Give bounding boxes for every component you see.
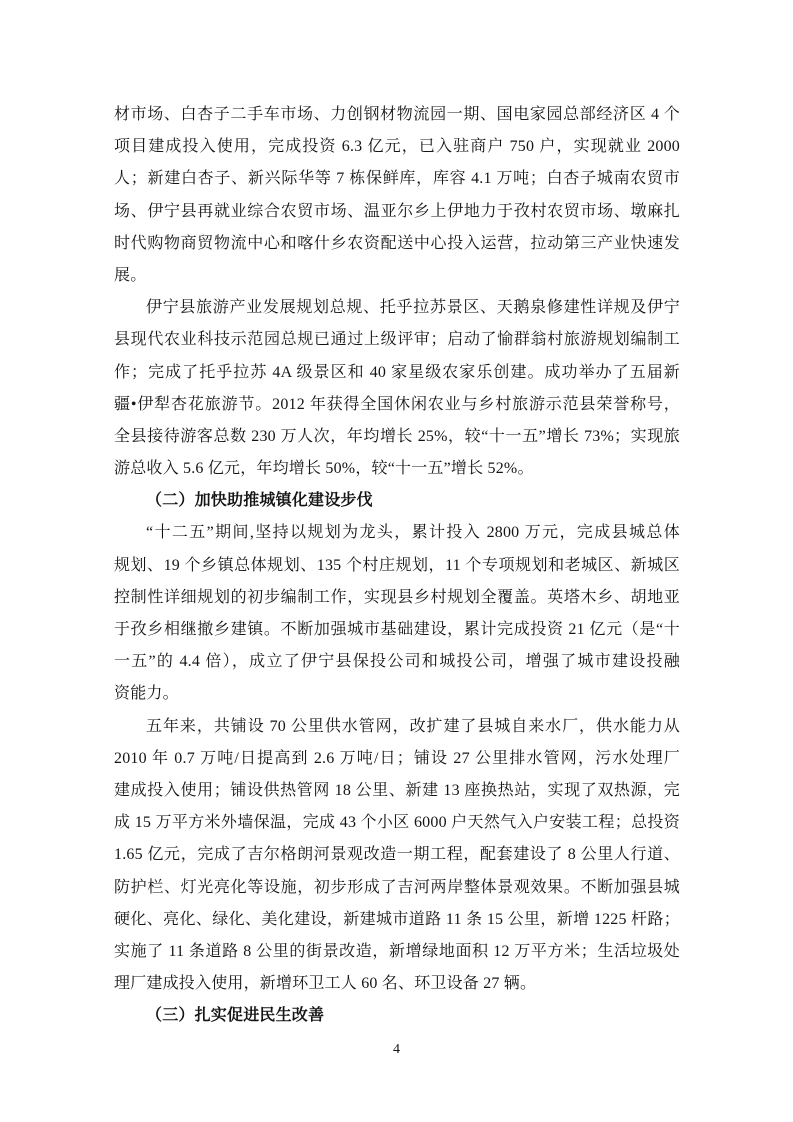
paragraph-line: 1.65 亿元，完成了吉尔格朗河景观改造一期工程，配套建设了 8 公里人行道、 (114, 839, 680, 871)
paragraph-line: 控制性详细规划的初步编制工作，实现县乡村规划全覆盖。英塔木乡、胡地亚 (114, 582, 680, 614)
paragraph-line: 展。 (114, 260, 680, 292)
paragraph-line: 作；完成了托乎拉苏 4A 级景区和 40 家星级农家乐创建。成功举办了五届新 (114, 357, 680, 389)
paragraph-line: 一五”的 4.4 倍），成立了伊宁县保投公司和城投公司，增强了城市建设投融 (114, 646, 680, 678)
paragraph-line: 规划、19 个乡镇总体规划、135 个村庄规划，11 个专项规划和老城区、新城区 (114, 550, 680, 582)
paragraph-line: “十二五”期间,坚持以规划为龙头，累计投入 2800 万元，完成县城总体 (114, 517, 680, 549)
paragraph-line: 建成投入使用；铺设供热管网 18 公里、新建 13 座换热站，实现了双热源，完 (114, 775, 680, 807)
document-page: 材市场、白杏子二手车市场、力创钢材物流园一期、国电家园总部经济区 4 个项目建成… (0, 0, 793, 1122)
paragraph-line: 伊宁县旅游产业发展规划总规、托乎拉苏景区、天鹅泉修建性详规及伊宁 (114, 292, 680, 324)
page-number: 4 (393, 1042, 400, 1057)
paragraph-line: 场、伊宁县再就业综合农贸市场、温亚尔乡上伊地力于孜村农贸市场、墩麻扎 (114, 196, 680, 228)
paragraph-line: 理厂建成投入使用，新增环卫工人 60 名、环卫设备 27 辆。 (114, 968, 680, 1000)
paragraph-line: 成 15 万平方米外墙保温，完成 43 个小区 6000 户天然气入户安装工程；… (114, 807, 680, 839)
paragraph-line: 2010 年 0.7 万吨/日提高到 2.6 万吨/日；铺设 27 公里排水管网… (114, 743, 680, 775)
document-body: 材市场、白杏子二手车市场、力创钢材物流园一期、国电家园总部经济区 4 个项目建成… (114, 99, 680, 1032)
paragraph-line: 资能力。 (114, 678, 680, 710)
paragraph-line: 硬化、亮化、绿化、美化建设，新建城市道路 11 条 15 公里，新增 1225 … (114, 904, 680, 936)
paragraph-line: 游总收入 5.6 亿元，年均增长 50%，较“十一五”增长 52%。 (114, 453, 680, 485)
section-heading: （三）扎实促进民生改善 (114, 1000, 680, 1032)
paragraph-line: 疆•伊犁杏花旅游节。2012 年获得全国休闲农业与乡村旅游示范县荣誉称号， (114, 389, 680, 421)
section-heading: （二）加快助推城镇化建设步伐 (114, 485, 680, 517)
paragraph-line: 时代购物商贸物流中心和喀什乡农资配送中心投入运营，拉动第三产业快速发 (114, 228, 680, 260)
paragraph-line: 实施了 11 条道路 8 公里的街景改造，新增绿地面积 12 万平方米；生活垃圾… (114, 936, 680, 968)
paragraph-line: 于孜乡相继撤乡建镇。不断加强城市基础建设，累计完成投资 21 亿元（是“十 (114, 614, 680, 646)
paragraph: “十二五”期间,坚持以规划为龙头，累计投入 2800 万元，完成县城总体规划、1… (114, 517, 680, 710)
paragraph-line: 材市场、白杏子二手车市场、力创钢材物流园一期、国电家园总部经济区 4 个 (114, 99, 680, 131)
page-footer: 4 (0, 1040, 793, 1060)
paragraph-line: 全县接待游客总数 230 万人次，年均增长 25%，较“十一五”增长 73%；实… (114, 421, 680, 453)
paragraph: 材市场、白杏子二手车市场、力创钢材物流园一期、国电家园总部经济区 4 个项目建成… (114, 99, 680, 292)
paragraph-line: 五年来，共铺设 70 公里供水管网，改扩建了县城自来水厂，供水能力从 (114, 711, 680, 743)
paragraph: 伊宁县旅游产业发展规划总规、托乎拉苏景区、天鹅泉修建性详规及伊宁县现代农业科技示… (114, 292, 680, 485)
paragraph-line: 人；新建白杏子、新兴际华等 7 栋保鲜库，库容 4.1 万吨；白杏子城南农贸市 (114, 163, 680, 195)
paragraph-line: 防护栏、灯光亮化等设施，初步形成了吉河两岸整体景观效果。不断加强县城 (114, 872, 680, 904)
paragraph-line: 县现代农业科技示范园总规已通过上级评审；启动了愉群翁村旅游规划编制工 (114, 324, 680, 356)
paragraph: 五年来，共铺设 70 公里供水管网，改扩建了县城自来水厂，供水能力从2010 年… (114, 711, 680, 1001)
paragraph-line: 项目建成投入使用，完成投资 6.3 亿元，已入驻商户 750 户，实现就业 20… (114, 131, 680, 163)
